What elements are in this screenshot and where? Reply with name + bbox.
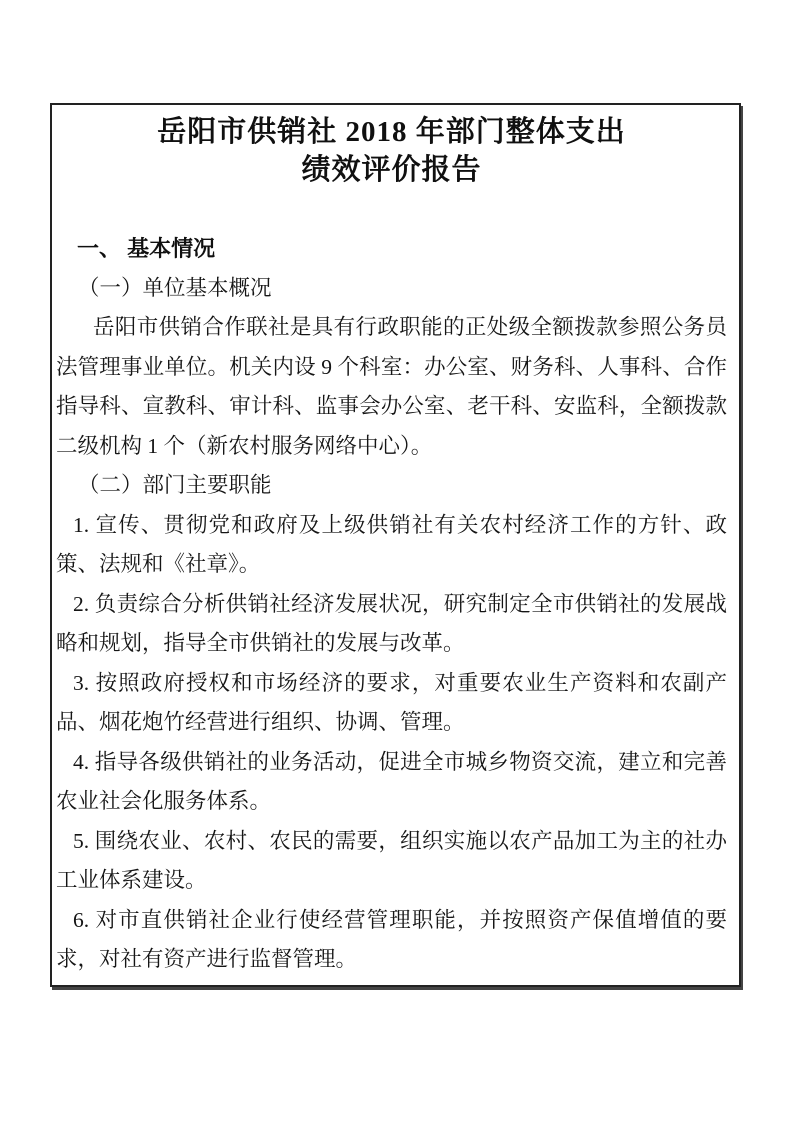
- page-border-frame: 岳阳市供销社 2018 年部门整体支出 绩效评价报告 一、 基本情况 （一）单位…: [50, 103, 741, 987]
- function-item-6: 6. 对市直供销社企业行使经营管理职能，并按照资产保值增值的要求，对社有资产进行…: [56, 901, 727, 980]
- subsection-heading-main-functions: （二）部门主要职能: [56, 466, 727, 506]
- function-item-2: 2. 负责综合分析供销社经济发展状况，研究制定全市供销社的发展战略和规划，指导全…: [56, 585, 727, 664]
- function-item-3: 3. 按照政府授权和市场经济的要求，对重要农业生产资料和农副产品、烟花炮竹经营进…: [56, 664, 727, 743]
- subsection-heading-unit-overview: （一）单位基本概况: [56, 269, 727, 309]
- title-line-2: 绩效评价报告: [56, 151, 727, 189]
- paragraph-unit-overview: 岳阳市供销合作联社是具有行政职能的正处级全额拨款参照公务员法管理事业单位。机关内…: [56, 308, 727, 466]
- function-item-5: 5. 围绕农业、农村、农民的需要，组织实施以农产品加工为主的社办工业体系建设。: [56, 822, 727, 901]
- section-heading-basic-info: 一、 基本情况: [56, 229, 727, 269]
- function-item-4: 4. 指导各级供销社的业务活动，促进全市城乡物资交流，建立和完善农业社会化服务体…: [56, 743, 727, 822]
- document-content: 岳阳市供销社 2018 年部门整体支出 绩效评价报告 一、 基本情况 （一）单位…: [52, 105, 739, 980]
- function-item-1: 1. 宣传、贯彻党和政府及上级供销社有关农村经济工作的方针、政策、法规和《社章》…: [56, 506, 727, 585]
- title-line-1: 岳阳市供销社 2018 年部门整体支出: [56, 113, 727, 151]
- document-page: 岳阳市供销社 2018 年部门整体支出 绩效评价报告 一、 基本情况 （一）单位…: [0, 0, 793, 1122]
- document-title: 岳阳市供销社 2018 年部门整体支出 绩效评价报告: [56, 113, 727, 189]
